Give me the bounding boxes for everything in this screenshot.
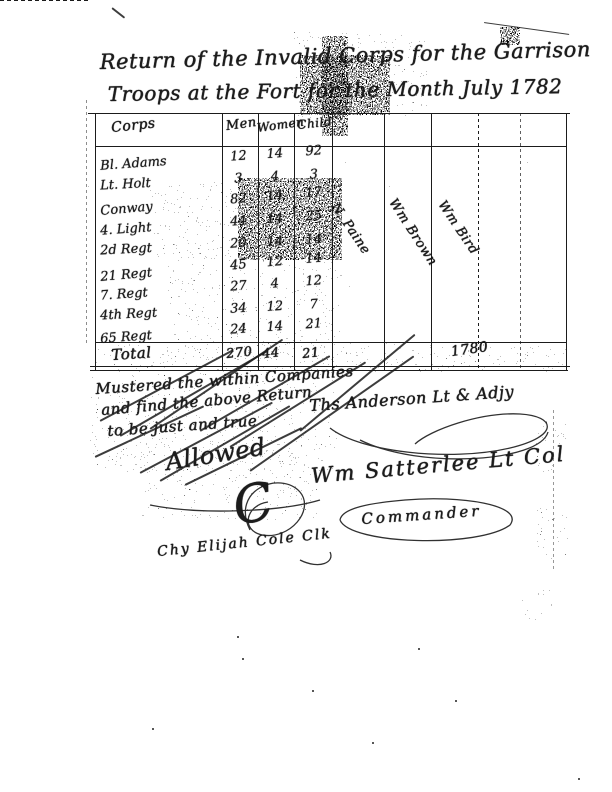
table-subheader-rule [0, 0, 88, 1]
table-vline-right [566, 113, 567, 370]
row-women: 14 [256, 187, 293, 205]
header-line-2: Troops at the Fort for the Month July 17… [108, 74, 563, 106]
speck [237, 636, 239, 638]
commander-signature: Wm Satterlee Lt Col [310, 442, 566, 488]
speck [242, 658, 244, 660]
col-header-child: Child [297, 114, 333, 132]
row-men: 20 [220, 235, 258, 252]
row-men: 27 [219, 278, 257, 296]
speck [455, 700, 457, 702]
table-vline-left [95, 113, 96, 370]
row-men: 44 [219, 213, 257, 231]
row-child: 92 [292, 142, 335, 160]
right-fold-line [553, 410, 554, 570]
row-men: 24 [219, 321, 257, 339]
row-women: 14 [257, 233, 294, 250]
row-women: 4 [257, 168, 294, 185]
ink-mark-top-left [111, 7, 125, 18]
row-label: Conway [100, 193, 221, 218]
row-label: 2d Regt [100, 237, 221, 258]
total-child: 21 [301, 345, 320, 362]
row-men: 3 [220, 170, 258, 187]
speck [372, 742, 374, 744]
row-men: 82 [219, 190, 257, 208]
row-label: 4. Light [100, 215, 221, 238]
header-line-1: Return of the Invalid Corps for the Garr… [99, 37, 591, 74]
col-header-men: Men [225, 115, 258, 134]
table-vline-col6 [431, 113, 432, 370]
row-label: 7. Regt [100, 280, 221, 303]
row-women: 4 [256, 275, 293, 292]
row-men: 45 [219, 256, 257, 274]
pen-stroke-top-right [484, 22, 569, 35]
left-fold-line [86, 100, 87, 345]
row-label: 4th Regt [100, 302, 221, 323]
total-label: Total [111, 343, 152, 364]
monogram: C [228, 471, 280, 538]
table-vline-col5 [384, 113, 385, 370]
col-header-corps: Corps [110, 115, 156, 136]
speck [418, 648, 420, 650]
row-women: 14 [256, 318, 293, 335]
row-label: Bl. Adams [100, 150, 221, 173]
adjutant-signature: Ths Anderson Lt & Adjy [309, 382, 515, 415]
row-men: 34 [220, 300, 258, 317]
speck [312, 690, 314, 692]
scanned-document-page: Return of the Invalid Corps for the Garr… [0, 0, 612, 792]
row-child: 17 [292, 183, 335, 202]
row-label: Lt. Holt [100, 172, 221, 193]
row-men: 12 [219, 148, 257, 166]
row-women: 14 [256, 145, 293, 162]
table-vline-col8 [520, 113, 521, 370]
row-women: 14 [256, 210, 293, 227]
row-label: 65 Regt [100, 323, 221, 346]
row-child: 12 [292, 272, 335, 290]
row-child: 14 [293, 231, 336, 248]
row-women: 12 [257, 298, 294, 315]
officer-signature-3: Wm Bird [435, 198, 482, 257]
row-child: 7 [293, 296, 336, 313]
speck [152, 728, 154, 730]
row-child: 3 [293, 166, 336, 183]
commander-title: Commander [361, 502, 482, 528]
speck [578, 778, 580, 780]
row-child: 14 [292, 249, 335, 268]
row-women: 12 [256, 253, 293, 271]
row-child: 21 [292, 315, 335, 333]
table-vline-col7 [478, 113, 479, 370]
